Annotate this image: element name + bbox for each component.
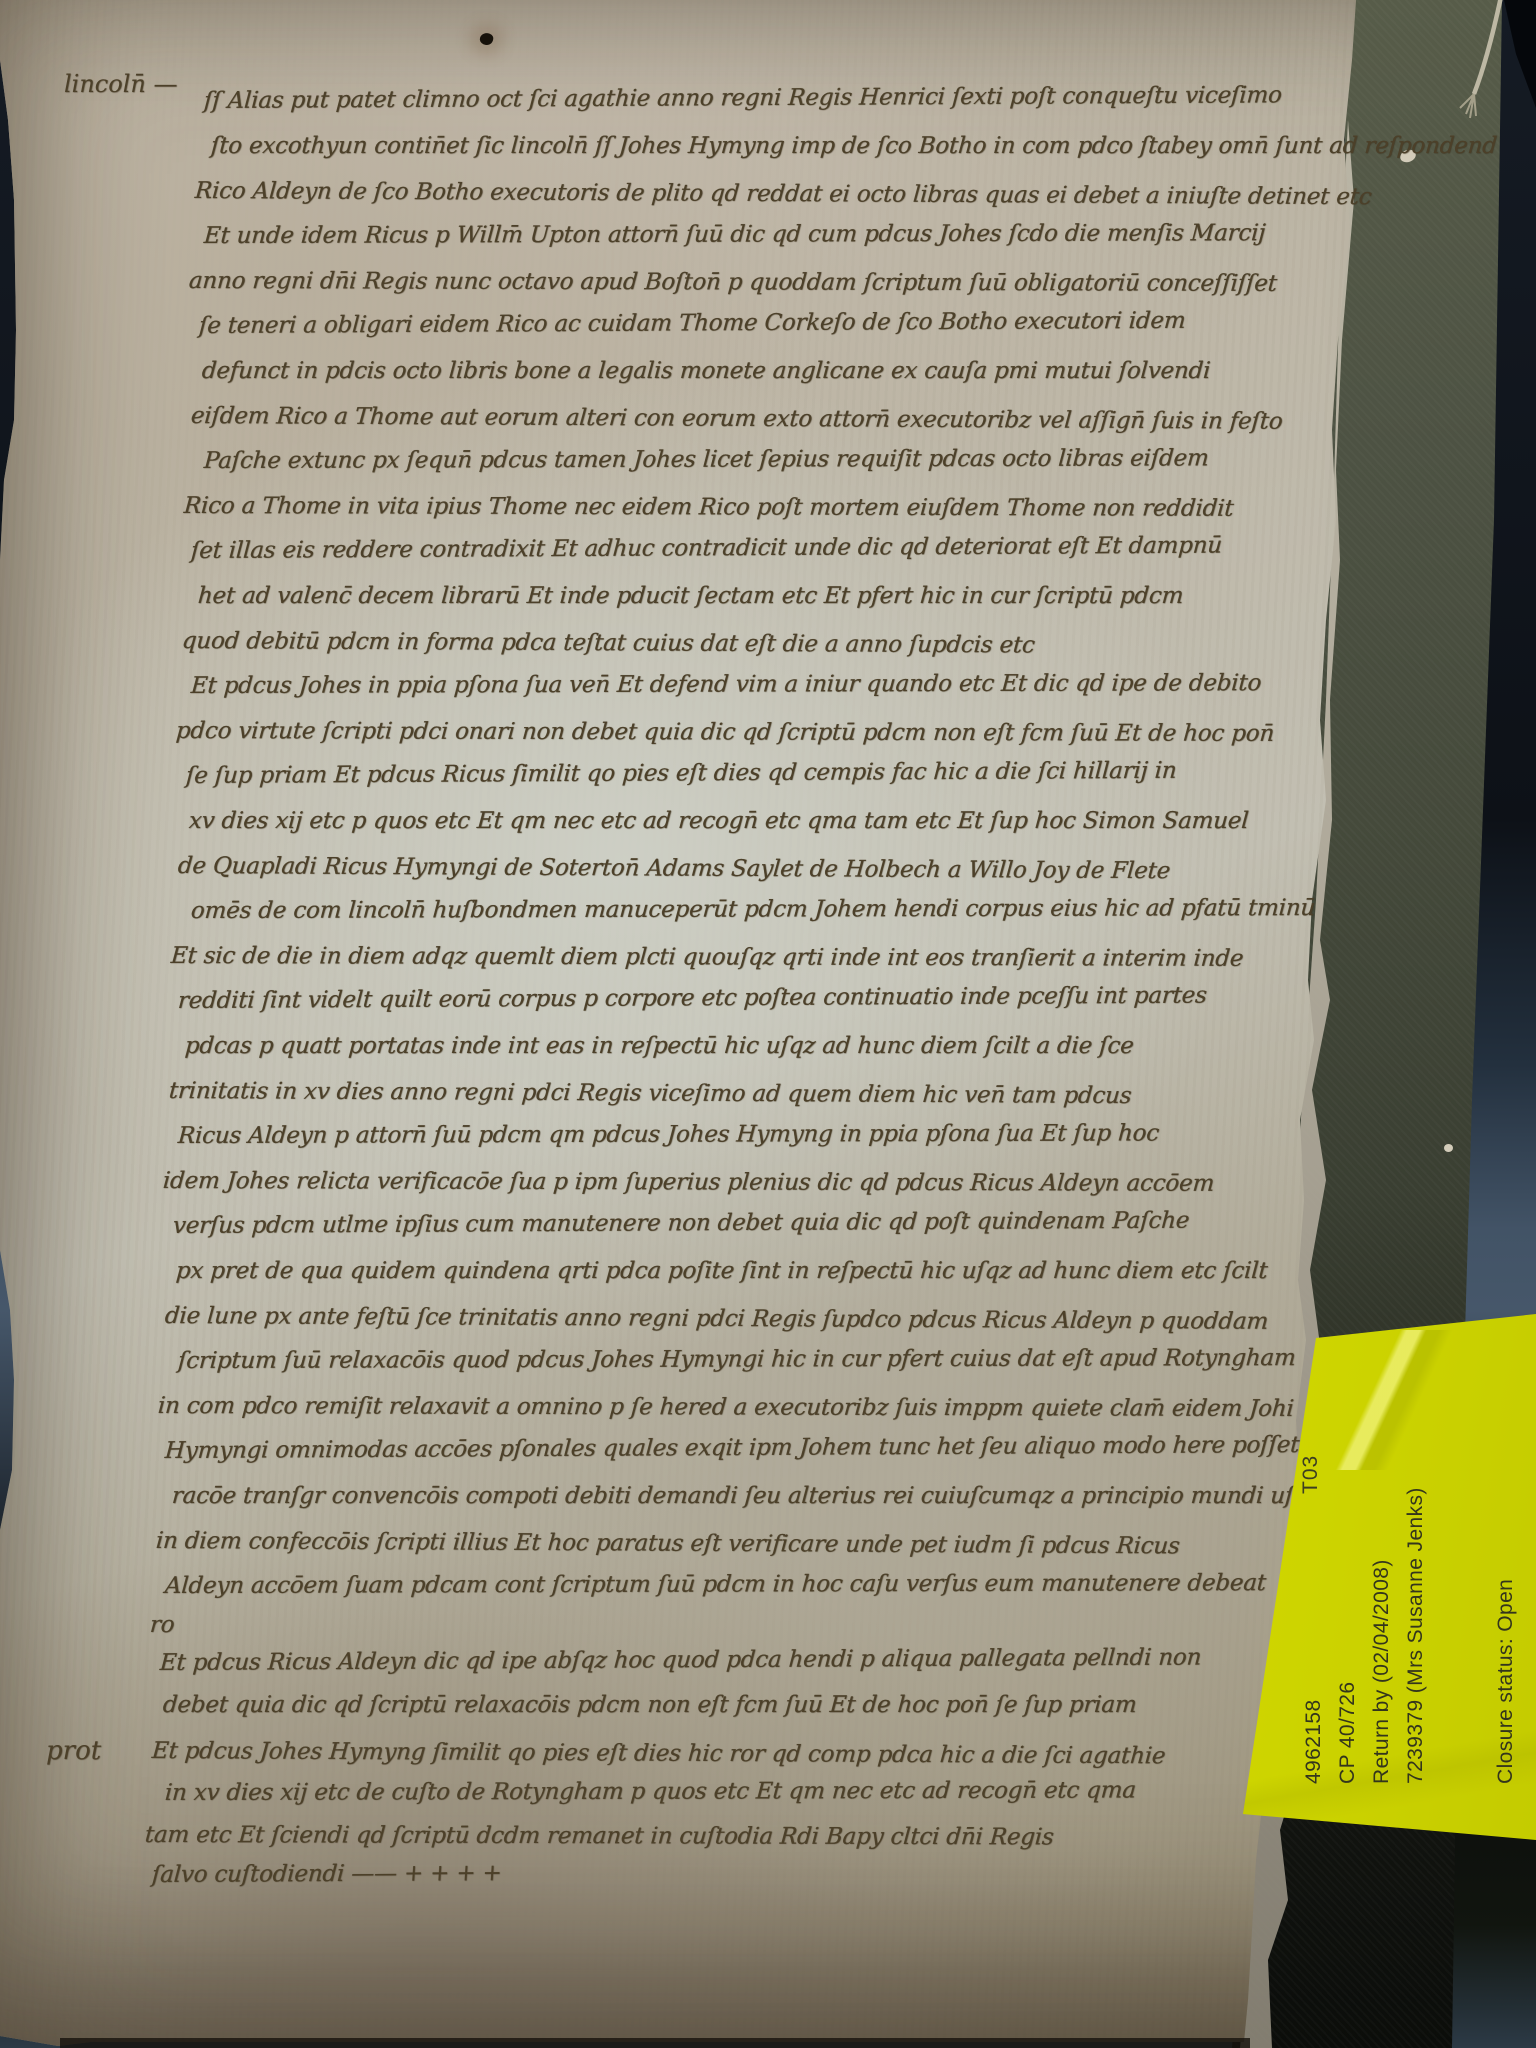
manuscript-line: ſalvo cuſtodiendi —— + + + + (151, 1860, 502, 1888)
manuscript-line: ſet illas eis reddere contradixit Et adh… (190, 533, 1223, 564)
manuscript-line: in diem confeccōis ſcripti illius Et hoc… (155, 1528, 1181, 1559)
manuscript-line: Et pdcus Johes in ppia pſona ſua ven̄ Et… (190, 670, 1262, 699)
manuscript-line: Ricus Aldeyn p attorn̄ ſuū pdcm qm pdcus… (177, 1120, 1160, 1149)
manuscript-line: ſe teneri a obligari eidem Rico ac cuida… (198, 308, 1186, 339)
thread (1432, 0, 1522, 146)
manuscript-line: Et unde idem Ricus p Willm̄ Upton attorn… (203, 220, 1266, 249)
photo-bottom-edge (60, 2038, 1250, 2048)
manuscript-line: Et pdcus Johes Hymyng ſimilit qo pies eſ… (151, 1738, 1166, 1769)
manuscript-line: het ad valenc̄ decem librarū Et inde pdu… (197, 583, 1184, 609)
manuscript-line: in com pdco remiſit relaxavit a omnino p… (157, 1393, 1295, 1422)
manuscript-line: ſe ſup priam Et pdcus Ricus ſimilit qo p… (185, 758, 1177, 789)
manuscript-line: in xv dies xij etc de cuſto de Rotyngham… (164, 1777, 1137, 1806)
manuscript-line: defunct in pdcis octo libris bone a lega… (201, 358, 1211, 384)
manuscript-line: Rico a Thome in vita ipius Thome nec eid… (183, 493, 1234, 522)
manuscript-line: ſto excothyun contin̄et ſic lincoln̄ ſſ … (210, 133, 1498, 159)
manuscript-line: px pret de qua quidem quindena qrti pdca… (175, 1258, 1268, 1284)
manuscript-line: anno regni dn̄i Regis nunc octavo apud B… (188, 268, 1278, 297)
manuscript-line: idem Johes relicta verificacōe ſua p ipm… (162, 1168, 1215, 1197)
manuscript-line: pdcas p quatt portatas inde int eas in r… (184, 1033, 1135, 1059)
paper-fleck (1444, 1144, 1453, 1152)
tag-text-block: 4962158CP 40/726Return by (02/04/2008)72… (1297, 1264, 1523, 1784)
manuscript-line: Et pdcus Ricus Aldeyn dic qd ipe abſqz h… (159, 1645, 1202, 1676)
manuscript-line: xv dies xij etc p quos etc Et qm nec etc… (188, 808, 1249, 834)
manuscript-line: verſus pdcm utlme ipſius cum manutenere … (172, 1208, 1190, 1239)
tag-line: 7239379 (Mrs Susanne Jenks) (1399, 1264, 1433, 1784)
manuscript-line: tam etc Et ſciendi qd ſcriptū dcdm reman… (144, 1822, 1055, 1850)
manuscript-line: racōe tranſgr convencōis compoti debiti … (171, 1483, 1321, 1509)
manuscript-line: quod debitū pdcm in forma pdca teſtat cu… (181, 628, 1036, 658)
manuscript-line: debet quia dic qd ſcriptū relaxacōis pdc… (162, 1692, 1137, 1718)
manuscript-line: Paſche extunc px ſequn̄ pdcus tamen Johe… (203, 445, 1209, 474)
manuscript-line: redditi ſint videlt quilt eorū corpus p … (177, 983, 1207, 1014)
margin-note-prot: prot (46, 1736, 101, 1766)
tag-line: Return by (02/04/2008) (1365, 1264, 1399, 1784)
manuscript-line: Aldeyn accōem ſuam pdcam cont ſcriptum ſ… (164, 1570, 1267, 1599)
manuscript-line: ro (149, 1612, 175, 1638)
manuscript-line: trinitatis in xv dies anno regni pdci Re… (168, 1078, 1132, 1109)
closure-status: Closure status: Open (1489, 1264, 1523, 1784)
tag-line: CP 40/726 (1331, 1264, 1365, 1784)
manuscript-line: pdco virtute ſcripti pdci onari non debe… (175, 718, 1275, 747)
manuscript-line: omēs de com lincoln̄ huſbondmen manucepe… (190, 895, 1316, 924)
photo-frame: lincoln̄ — prot ſſ Alias put patet climn… (0, 0, 1536, 2048)
manuscript-line: de Quapladi Ricus Hymyngi de Soterton̄ A… (177, 853, 1171, 884)
margin-note-lincoln: lincoln̄ — (64, 70, 177, 98)
tag-reference-lines: 4962158CP 40/726Return by (02/04/2008)72… (1297, 1264, 1433, 1784)
manuscript-line: Et sic de die in diem adqz quemlt diem p… (170, 943, 1244, 972)
manuscript-line: ſcriptum ſuū relaxacōis quod pdcus Johes… (177, 1345, 1296, 1374)
